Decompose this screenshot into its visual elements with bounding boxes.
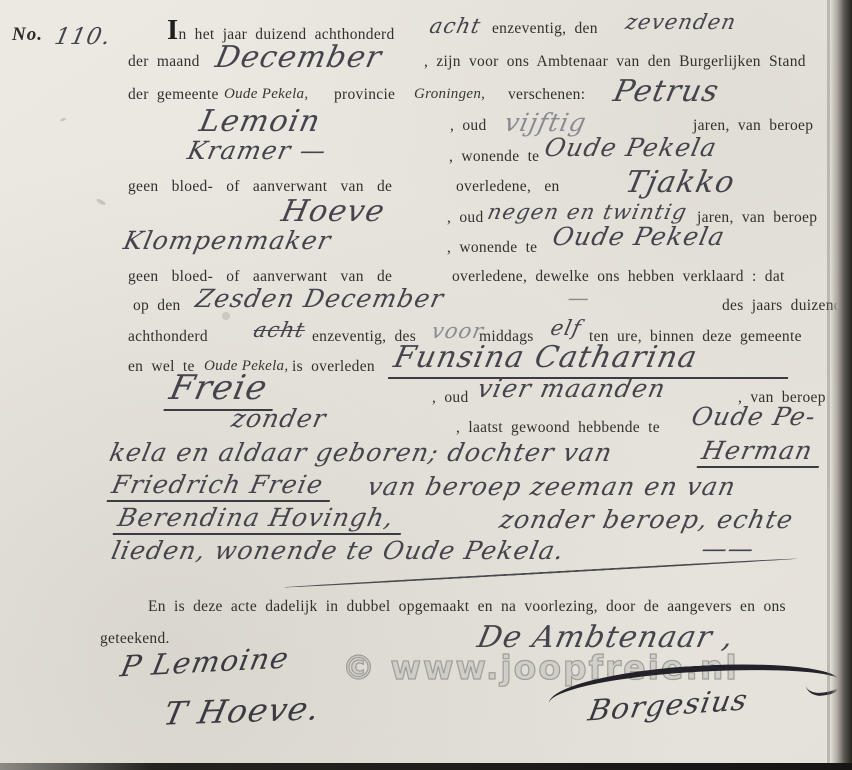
hw-deceased-age: vier maanden xyxy=(475,374,669,403)
signature-witness2: T Hoeve. xyxy=(160,689,324,732)
scan-blot xyxy=(96,198,107,206)
hw-witness1-occupation: Kramer — xyxy=(185,136,330,165)
hw-year-units: acht xyxy=(427,14,483,38)
printed-gemeente-name: Oude Pekela, xyxy=(224,86,308,103)
hw-mother-occupation-line: zonder beroep, echte xyxy=(497,505,796,534)
printed-wonende-2: , wonende te xyxy=(447,239,537,257)
scan-blot xyxy=(60,117,67,122)
faint-stamp-mark: — xyxy=(565,286,592,310)
printed-closing-line1: En is deze acte dadelijk in dubbel opgem… xyxy=(148,598,786,616)
printed-oud-2: , oud xyxy=(447,209,484,227)
hw-witness2-occupation: Klompenmaker xyxy=(121,226,334,255)
hw-registration-day: zevenden xyxy=(623,10,738,34)
hw-deceased-occupation: zonder xyxy=(229,404,329,433)
hw-witness1-given: Petrus xyxy=(610,74,722,109)
printed-province-label: provincie xyxy=(334,86,395,104)
hw-witness1-surname: Lemoin xyxy=(196,104,324,139)
printed-oud-3: , oud xyxy=(432,389,469,407)
printed-jaars-duizend: des jaars duizend xyxy=(722,297,842,315)
printed-verschenen: verschenen: xyxy=(508,86,585,104)
hw-witness2-residence: Oude Pekela xyxy=(550,222,728,251)
hw-father-given: Herman xyxy=(697,436,826,468)
printed-declaration: overledene, dewelke ons hebben verklaard… xyxy=(452,268,785,286)
scan-blot xyxy=(222,312,230,320)
printed-month-label: der maand xyxy=(128,53,200,71)
printed-is-overleden: is overleden xyxy=(292,358,375,376)
hw-witness1-residence: Oude Pekela xyxy=(542,133,720,162)
hw-death-hour: elf xyxy=(548,316,584,340)
hw-residence-part1: Oude Pe- xyxy=(689,402,819,431)
printed-oud-1: , oud xyxy=(450,117,487,135)
hw-father-occupation-line: van beroep zeeman en van xyxy=(365,472,739,501)
printed-closing-line2: geteekend. xyxy=(100,630,170,648)
act-number-prefix: No. xyxy=(12,24,43,46)
hw-death-year-units: acht xyxy=(251,318,307,342)
hw-parents-residence-line: lieden, wonende te Oude Pekela. xyxy=(109,536,568,565)
hw-father-name: Friedrich Freie xyxy=(107,470,337,502)
hw-witness2-given: Tjakko xyxy=(622,165,738,200)
printed-province-name: Groningen, xyxy=(414,86,485,103)
printed-op-den: op den xyxy=(133,297,181,315)
death-certificate-scan: No. 110. In het jaar duizend achthonderd… xyxy=(0,0,852,770)
hw-residence-part2: kela en aldaar geboren; dochter van xyxy=(107,438,616,467)
hw-closing-dash: —— xyxy=(699,534,758,563)
printed-achthonderd: achthonderd xyxy=(128,328,208,346)
printed-year-suffix: enzeventig, den xyxy=(492,20,598,38)
printed-overledene-en: overledene, en xyxy=(456,178,560,196)
scan-edge-bottom xyxy=(0,763,852,770)
hw-death-date: Zesden December xyxy=(193,284,447,313)
hw-witness2-age: negen en twintig xyxy=(485,200,689,224)
printed-laatst-gewoond: , laatst gewoond hebbende te xyxy=(456,419,660,437)
scan-edge-right xyxy=(830,0,852,770)
printed-wonende-1: , wonende te xyxy=(449,148,539,166)
hw-registration-month: December xyxy=(212,40,385,75)
hw-witness2-surname: Hoeve xyxy=(278,194,388,229)
act-number: 110. xyxy=(52,24,114,50)
hw-mother-name: Berendina Hovingh, xyxy=(113,503,408,535)
printed-gemeente-label: der gemeente xyxy=(128,86,219,104)
printed-registrar-line: , zijn voor ons Ambtenaar van den Burger… xyxy=(424,53,806,71)
